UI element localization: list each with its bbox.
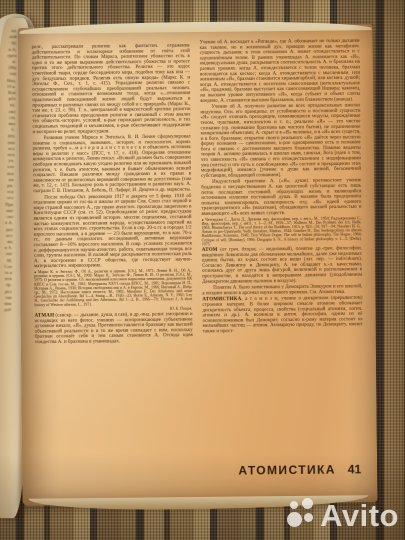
- paragraph-atman-buddhism: Индуистской трактовке А. («Я», души) про…: [201, 178, 361, 217]
- entry-atom: АТОМ (от греч. ἄτομος — неделимый), поня…: [202, 246, 362, 285]
- avito-dot-large-icon: [287, 512, 302, 527]
- avito-dot-small2-icon: [304, 513, 313, 522]
- bibliography-atheism-text: Маркс К. и Энгельс Ф., Об А., религии и …: [34, 268, 192, 307]
- entry-atomistika: АТОМИСТИКА, а т о м и з м, учение о диск…: [202, 295, 362, 334]
- avito-wordmark: Avito: [320, 500, 399, 531]
- entry-atman: АТМАН (санскр. — дыхание, душа, я сам), …: [34, 312, 192, 345]
- page-number: 41: [348, 462, 362, 476]
- paragraph-october: После победы Окт. революции 1917 и декре…: [33, 193, 192, 269]
- bibliography-atman: ●Чаттерджи С., Датта Д., Древняя инд. фи…: [202, 216, 362, 246]
- paragraph-atheism-continuation: релг., рассматривали религию как фантаст…: [32, 43, 191, 135]
- left-text-column: релг., рассматривали религию как фантаст…: [32, 43, 194, 475]
- book-page-photo: ка, ной тр. в А. прел м. (Ма тия Нац. 19…: [0, 0, 405, 540]
- paragraph-atman-schools: Учение об А. получило развитие во всех о…: [200, 103, 361, 179]
- running-foot: АТОМИСТИКА41: [238, 462, 361, 477]
- entry-atomistika-body: , а т о м и з м, учение о дискретном (пр…: [202, 295, 362, 334]
- bibliography-atman-text: Чаттерджи С., Датта Д., Древняя инд. фил…: [202, 216, 362, 247]
- dictionary-page: релг., рассматривали религию как фантаст…: [18, 24, 378, 506]
- page-top-edge: [19, 20, 371, 34]
- entry-atman-body: (санскр. — дыхание, душа, я сам), в др.-…: [35, 311, 193, 345]
- page-bottom-edge: [28, 495, 368, 511]
- entry-atom-body: (от греч. ἄτομος — неделимый), понятие д…: [202, 245, 362, 284]
- paragraph-atman-rigveda: Учение об А. восходит к «Ригведе», где А…: [200, 38, 361, 103]
- running-head-text: АТОМИСТИКА: [238, 463, 336, 478]
- facing-page-text-fragments: ка, ной тр. в А. прел м. (Ма тия Нац. 19…: [0, 28, 17, 506]
- bibliography-atheism: ●Маркс К. и Энгельс Ф., Об А., религии и…: [34, 269, 192, 308]
- right-text-column: Учение об А. восходит к «Ригведе», где А…: [200, 38, 364, 452]
- paragraph-lenin: Развивая учение Маркса и Энгельса, В. И.…: [33, 134, 192, 194]
